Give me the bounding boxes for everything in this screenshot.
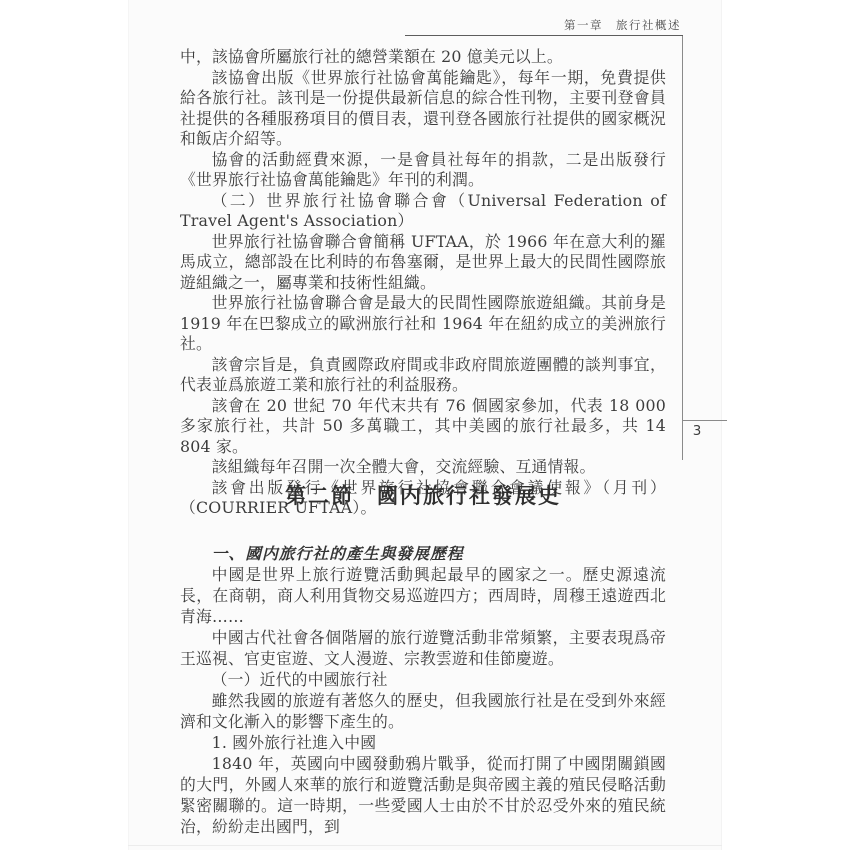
paragraph: 協會的活動經費來源，一是會員社每年的捐款，二是出版發行《世界旅行社協會萬能鑰匙》… (180, 150, 666, 191)
paragraph-list-item: （二）世界旅行社協會聯合會（Universal Federation of Tr… (180, 191, 666, 232)
paragraph: 該組織每年召開一次全體大會，交流經驗、互通情報。 (180, 457, 666, 478)
paragraph-continuation: 中，該協會所屬旅行社的總營業額在 20 億美元以上。 (180, 47, 666, 68)
body-text-bottom: 一、國内旅行社的產生與發展歷程 中國是世界上旅行遊覽活動興起最早的國家之一。歷史… (180, 543, 666, 837)
paragraph-list-item: （一）近代的中國旅行社 (180, 669, 666, 690)
header-rule (405, 35, 683, 36)
paragraph: 1840 年，英國向中國發動鴉片戰爭，從而打開了中國閉關鎖國的大門，外國人來華的… (180, 753, 666, 837)
paragraph: 中國是世界上旅行遊覽活動興起最早的國家之一。歷史源遠流長，在商朝，商人利用貨物交… (180, 564, 666, 627)
paragraph: 世界旅行社協會聯合會簡稱 UFTAA，於 1966 年在意大利的羅馬成立，總部設… (180, 232, 666, 294)
paragraph: 世界旅行社協會聯合會是最大的民間性國際旅遊組織。其前身是 1919 年在巴黎成立… (180, 293, 666, 355)
paragraph: 該會宗旨是，負責國際政府間或非政府間旅遊團體的談判事宜，代表並爲旅遊工業和旅行社… (180, 355, 666, 396)
paragraph: 該協會出版《世界旅行社協會萬能鑰匙》，每年一期，免費提供給各旅行社。該刊是一份提… (180, 68, 666, 150)
margin-vertical-rule (682, 36, 683, 460)
subsection-heading: 一、國内旅行社的產生與發展歷程 (180, 543, 666, 564)
running-header-chapter: 第一章 旅行社概述 (460, 17, 681, 33)
paragraph: 雖然我國的旅遊有著悠久的歷史，但我國旅行社是在受到外來經濟和文化漸入的影響下產生… (180, 690, 666, 732)
paragraph: 中國古代社會各個階層的旅行遊覽活動非常頻繁，主要表現爲帝王巡視、官吏宦遊、文人漫… (180, 627, 666, 669)
section-title: 第二節 國内旅行社發展史 (180, 482, 666, 510)
page-bottom-edge (128, 845, 722, 846)
page-number: 3 (683, 423, 711, 439)
paragraph: 該會在 20 世紀 70 年代末共有 76 個國家參加，代表 18 000 多家… (180, 396, 666, 458)
paragraph-list-item: 1. 國外旅行社進入中國 (180, 732, 666, 753)
page-number-rule (682, 420, 727, 421)
body-text-top: 中，該協會所屬旅行社的總營業額在 20 億美元以上。 該協會出版《世界旅行社協會… (180, 47, 666, 519)
